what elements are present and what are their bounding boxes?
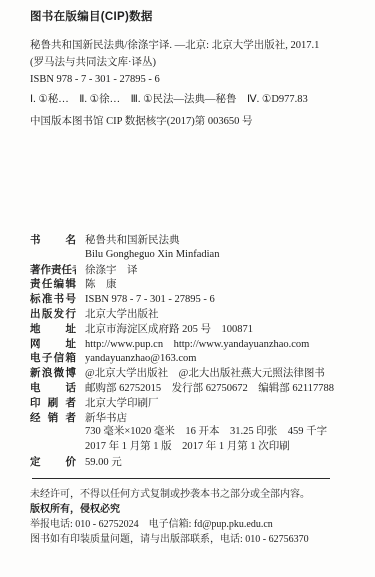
info-label: 印刷者 [30, 396, 76, 411]
info-row-editor: 责任编辑 陈 康 [30, 277, 341, 292]
info-label: 书名 [30, 233, 76, 248]
info-row-address: 地址 北京市海淀区成府路 205 号 100871 [30, 322, 341, 337]
info-row-isbn: 标准书号 ISBN 978 - 7 - 301 - 27895 - 6 [30, 292, 341, 307]
info-row-title: 书名 秘鲁共和国新民法典 [30, 233, 341, 248]
info-value: 59.00 元 [85, 456, 122, 471]
cip-title: 图书在版编目(CIP)数据 [30, 10, 341, 24]
info-label: 新浪微博 [30, 366, 76, 381]
info-row-distributor: 经销者 新华书店 [30, 411, 341, 426]
info-row-website: 网址 http://www.pup.cn http://www.yandayua… [30, 337, 341, 352]
info-value: 北京大学印刷厂 [85, 397, 159, 412]
info-row-author: 著作责任者 徐涤宇 译 [30, 263, 341, 278]
info-value: 北京大学出版社 [85, 308, 159, 323]
cip-block: 图书在版编目(CIP)数据 秘鲁共和国新民法典/徐涤宇译. —北京: 北京大学出… [30, 10, 341, 130]
info-label: 责任编辑 [30, 277, 76, 292]
info-row-publisher: 出版发行 北京大学出版社 [30, 307, 341, 322]
info-row-price: 定价 59.00 元 [30, 455, 341, 470]
info-value: Bilu Gongheguo Xin Minfadian [85, 248, 219, 263]
info-row-printer: 印刷者 北京大学印刷厂 [30, 396, 341, 411]
notice-rights: 版权所有，侵权必究 [30, 502, 341, 517]
info-row-email: 电子信箱 yandayuanzhao@163.com [30, 351, 341, 366]
cip-line-description: 秘鲁共和国新民法典/徐涤宇译. —北京: 北京大学出版社, 2017.1 [30, 37, 341, 54]
info-label: 著作责任者 [30, 263, 76, 278]
info-label: 地址 [30, 322, 76, 337]
info-value: 徐涤宇 译 [85, 264, 138, 279]
info-value: 邮购部 62752015 发行部 62750672 编辑部 62117788 [85, 382, 334, 397]
info-value: http://www.pup.cn http://www.yandayuanzh… [85, 338, 309, 353]
info-label: 网址 [30, 337, 76, 352]
info-value: 秘鲁共和国新民法典 [85, 234, 180, 249]
cip-line-series: (罗马法与共同法文库·译丛) [30, 54, 341, 71]
copyright-notice: 未经许可，不得以任何方式复制或抄袭本书之部分或全部内容。 版权所有，侵权必究 举… [30, 487, 341, 547]
info-value: yandayuanzhao@163.com [85, 352, 196, 367]
divider-line [32, 478, 330, 479]
info-label: 出版发行 [30, 307, 76, 322]
info-label: 标准书号 [30, 292, 76, 307]
notice-quality: 图书如有印装质量问题，请与出版部联系，电话: 010 - 62756370 [30, 532, 341, 547]
info-value: 陈 康 [85, 278, 117, 293]
info-value: 北京市海淀区成府路 205 号 100871 [85, 323, 253, 338]
info-value: 新华书店 [85, 412, 127, 427]
info-value: ISBN 978 - 7 - 301 - 27895 - 6 [85, 293, 215, 308]
cip-line-isbn: ISBN 978 - 7 - 301 - 27895 - 6 [30, 71, 341, 88]
info-row-phone: 电话 邮购部 62752015 发行部 62750672 编辑部 6211778… [30, 381, 341, 396]
info-label: 经销者 [30, 411, 76, 426]
notice-no-copy: 未经许可，不得以任何方式复制或抄袭本书之部分或全部内容。 [30, 487, 341, 502]
book-info-table: 书名 秘鲁共和国新民法典 Bilu Gongheguo Xin Minfadia… [30, 233, 341, 470]
info-value: @北京大学出版社 @北大出版社燕大元照法律图书 [85, 367, 325, 382]
info-row-format: 730 毫米×1020 毫米 16 开本 31.25 印张 459 千字 [30, 425, 341, 440]
info-label: 定价 [30, 455, 76, 470]
info-row-edition: 2017 年 1 月第 1 版 2017 年 1 月第 1 次印刷 [30, 440, 341, 455]
cip-line-registry: 中国版本图书馆 CIP 数据核字(2017)第 003650 号 [30, 113, 341, 130]
info-value: 2017 年 1 月第 1 版 2017 年 1 月第 1 次印刷 [85, 440, 290, 455]
info-row-pinyin: Bilu Gongheguo Xin Minfadian [30, 248, 341, 263]
info-label: 电子信箱 [30, 351, 76, 366]
info-value: 730 毫米×1020 毫米 16 开本 31.25 印张 459 千字 [85, 425, 327, 440]
info-label: 电话 [30, 381, 76, 396]
notice-report: 举报电话: 010 - 62752024 电子信箱: fd@pup.pku.ed… [30, 517, 341, 532]
cip-line-categories: Ⅰ. ①秘… Ⅱ. ①徐… Ⅲ. ①民法—法典—秘鲁 Ⅳ. ①D977.83 [30, 91, 341, 108]
copyright-page: 图书在版编目(CIP)数据 秘鲁共和国新民法典/徐涤宇译. —北京: 北京大学出… [0, 0, 375, 577]
info-row-weibo: 新浪微博 @北京大学出版社 @北大出版社燕大元照法律图书 [30, 366, 341, 381]
